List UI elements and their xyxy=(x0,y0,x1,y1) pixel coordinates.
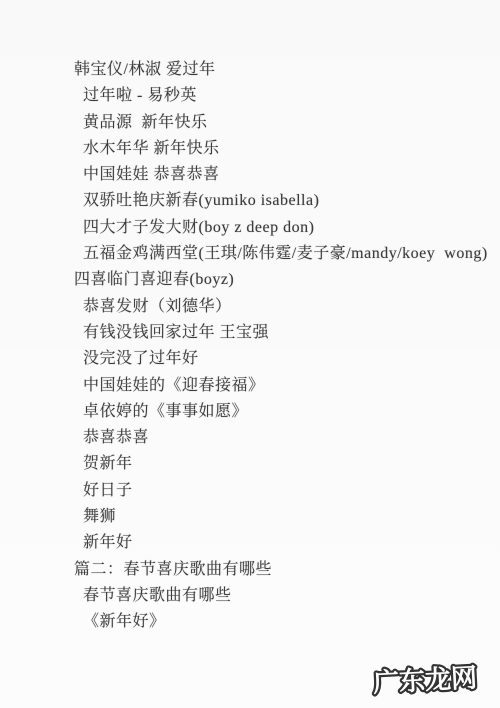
text-line: 韩宝仪/林淑 爱过年 xyxy=(0,57,500,83)
text-line: 《新年好》 xyxy=(0,609,500,635)
text-line: 篇二：春节喜庆歌曲有哪些 xyxy=(0,557,500,583)
text-line: 新年好 xyxy=(0,530,500,556)
song-list: 韩宝仪/林淑 爱过年 过年啦 - 易秒英 黄品源 新年快乐 水木年华 新年快乐 … xyxy=(0,57,500,636)
watermark-text: 广东龙网 xyxy=(372,662,477,697)
watermark: 广东龙网 xyxy=(357,652,494,707)
text-line: 有钱没钱回家过年 王宝强 xyxy=(0,320,500,346)
text-line: 舞狮 xyxy=(0,504,500,530)
text-line: 过年啦 - 易秒英 xyxy=(0,83,500,109)
text-line: 五福金鸡满西堂(王琪/陈伟霆/麦子豪/mandy/koey wong) xyxy=(0,241,500,267)
text-line: 四大才子发大财(boy z deep don) xyxy=(0,215,500,241)
text-line: 中国娃娃 恭喜恭喜 xyxy=(0,162,500,188)
text-line: 没完没了过年好 xyxy=(0,346,500,372)
text-line: 好日子 xyxy=(0,478,500,504)
text-line: 卓依婷的《事事如愿》 xyxy=(0,399,500,425)
text-line: 恭喜恭喜 xyxy=(0,425,500,451)
text-line: 双骄吐艳庆新春(yumiko isabella) xyxy=(0,188,500,214)
text-line: 水木年华 新年快乐 xyxy=(0,136,500,162)
text-line: 恭喜发财（刘德华） xyxy=(0,294,500,320)
document-page: 韩宝仪/林淑 爱过年 过年啦 - 易秒英 黄品源 新年快乐 水木年华 新年快乐 … xyxy=(0,0,500,708)
text-line: 贺新年 xyxy=(0,451,500,477)
text-line: 中国娃娃的《迎春接福》 xyxy=(0,373,500,399)
watermark-graphic: 广东龙网 xyxy=(357,652,494,707)
text-line: 四喜临门喜迎春(boyz) xyxy=(0,267,500,293)
text-line: 黄品源 新年快乐 xyxy=(0,110,500,136)
text-line: 春节喜庆歌曲有哪些 xyxy=(0,583,500,609)
